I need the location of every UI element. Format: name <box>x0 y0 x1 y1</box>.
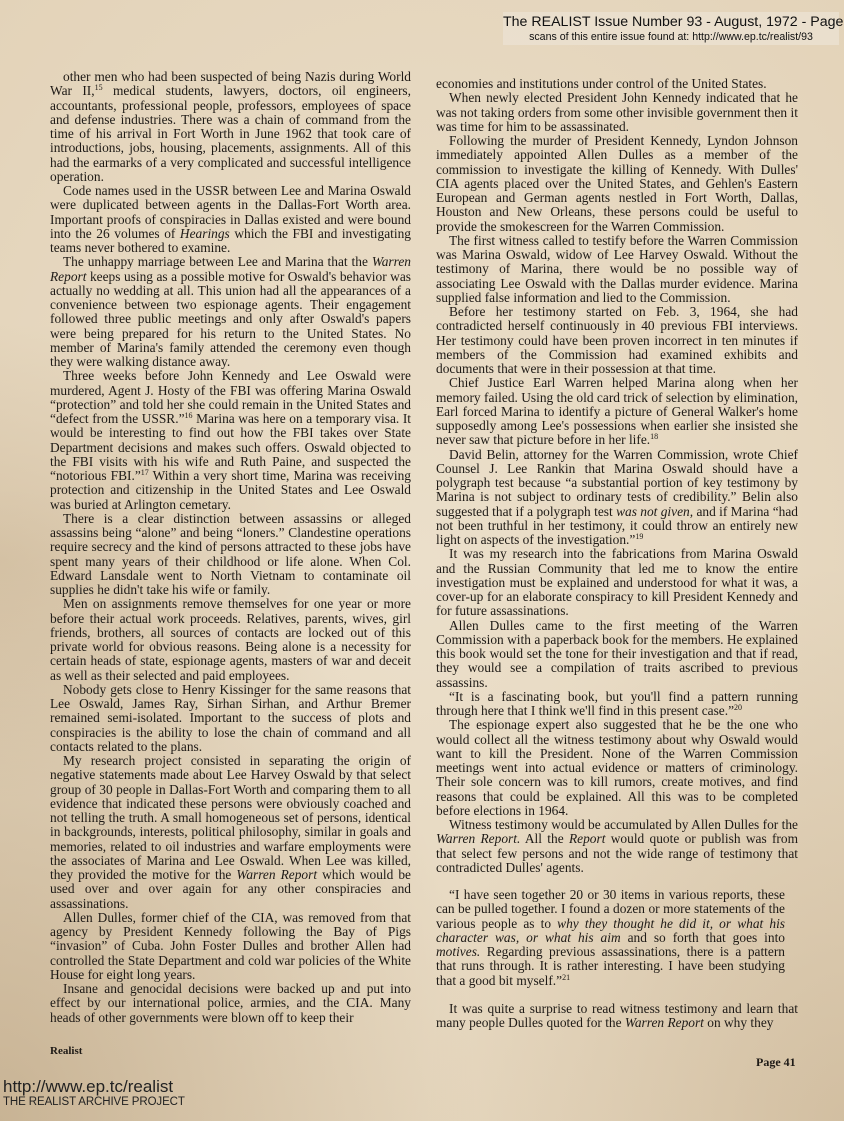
paragraph: other men who had been suspected of bein… <box>50 70 411 184</box>
italic-title: Report <box>569 831 605 846</box>
footer-publication-name: Realist <box>50 1045 82 1057</box>
block-quote: “I have seen together 20 or 30 items in … <box>436 888 798 988</box>
italic-title: Warren Report <box>625 1015 704 1030</box>
text-run: Nobody gets close to Henry Kissinger for… <box>50 682 411 754</box>
archive-project-name: THE REALIST ARCHIVE PROJECT <box>3 1096 185 1108</box>
text-run: My research project consisted in separat… <box>50 753 411 882</box>
text-run: Insane and genocidal decisions were back… <box>50 981 411 1025</box>
text-run: keeps using as a possible motive for Osw… <box>50 269 411 370</box>
paragraph: The espionage expert also suggested that… <box>436 718 798 818</box>
paragraph: Code names used in the USSR between Lee … <box>50 184 411 255</box>
text-run: Witness testimony would be accumulated b… <box>449 817 798 832</box>
text-run: It was my research into the fabrications… <box>436 546 798 618</box>
italic-title: Warren Report. <box>436 831 520 846</box>
paragraph: Allen Dulles came to the first meeting o… <box>436 619 798 690</box>
footnote-marker: 21 <box>562 973 570 982</box>
text-run: “It is a fascinating book, but you'll fi… <box>436 689 798 718</box>
text-run: Allen Dulles came to the first meeting o… <box>436 618 798 690</box>
paragraph: Witness testimony would be accumulated b… <box>436 818 798 875</box>
text-run: Following the murder of President Kenned… <box>436 133 798 234</box>
issue-header-title: The REALIST Issue Number 93 - August, 19… <box>503 14 839 31</box>
text-run: medical students, lawyers, doctors, oil … <box>50 83 411 184</box>
italic-title: motives. <box>436 944 480 959</box>
paragraph: It was my research into the fabrications… <box>436 547 798 618</box>
issue-header-box: The REALIST Issue Number 93 - August, 19… <box>503 12 839 45</box>
paragraph: economies and institutions under control… <box>436 77 798 91</box>
text-run: All the <box>520 831 569 846</box>
paragraph: Chief Justice Earl Warren helped Marina … <box>436 376 798 447</box>
text-run: There is a clear distinction between ass… <box>50 511 411 597</box>
archive-url-link[interactable]: http://www.ep.tc/realist <box>3 1077 173 1096</box>
paragraph: Men on assignments remove themselves for… <box>50 597 411 683</box>
text-run: The unhappy marriage between Lee and Mar… <box>63 254 372 269</box>
paragraph: “It is a fascinating book, but you'll fi… <box>436 690 798 719</box>
text-run: Regarding previous assassinations, there… <box>436 944 785 988</box>
italic-title: Hearings <box>180 226 230 241</box>
text-run: When newly elected President John Kenned… <box>436 90 798 134</box>
article-right-column: economies and institutions under control… <box>436 77 798 1030</box>
paragraph: Following the murder of President Kenned… <box>436 134 798 234</box>
text-run: Men on assignments remove themselves for… <box>50 596 411 682</box>
paragraph: There is a clear distinction between ass… <box>50 512 411 598</box>
paragraph: It was quite a surprise to read witness … <box>436 1002 798 1031</box>
text-run: on why they <box>704 1015 774 1030</box>
issue-header-subtitle: scans of this entire issue found at: htt… <box>503 31 839 43</box>
paragraph: When newly elected President John Kenned… <box>436 91 798 134</box>
footnote-marker: 15 <box>95 83 103 92</box>
paragraph: The first witness called to testify befo… <box>436 234 798 305</box>
footnote-marker: 16 <box>185 411 193 420</box>
text-run: The espionage expert also suggested that… <box>436 717 798 818</box>
paragraph: Three weeks before John Kennedy and Lee … <box>50 369 411 512</box>
text-run: Allen Dulles, former chief of the CIA, w… <box>50 910 411 982</box>
footer-page-number: Page 41 <box>756 1055 796 1070</box>
paragraph: Allen Dulles, former chief of the CIA, w… <box>50 911 411 982</box>
italic-title: Warren Report <box>236 867 317 882</box>
paragraph: My research project consisted in separat… <box>50 754 411 911</box>
footnote-marker: 17 <box>141 468 149 477</box>
text-run: Chief Justice Earl Warren helped Marina … <box>436 375 798 447</box>
text-run: The first witness called to testify befo… <box>436 233 798 305</box>
paragraph: The unhappy marriage between Lee and Mar… <box>50 255 411 369</box>
paragraph: Insane and genocidal decisions were back… <box>50 982 411 1025</box>
paragraph: Before her testimony started on Feb. 3, … <box>436 305 798 376</box>
footnote-marker: 20 <box>734 703 742 712</box>
article-left-column: other men who had been suspected of bein… <box>50 70 411 1025</box>
paragraph: David Belin, attorney for the Warren Com… <box>436 448 798 548</box>
text-run: and so forth that goes into <box>621 930 785 945</box>
paragraph: Nobody gets close to Henry Kissinger for… <box>50 683 411 754</box>
italic-title: was not given, <box>616 504 693 519</box>
text-run: Before her testimony started on Feb. 3, … <box>436 304 798 376</box>
footnote-marker: 19 <box>635 532 643 541</box>
footnote-marker: 18 <box>650 432 658 441</box>
text-run: economies and institutions under control… <box>436 76 767 91</box>
